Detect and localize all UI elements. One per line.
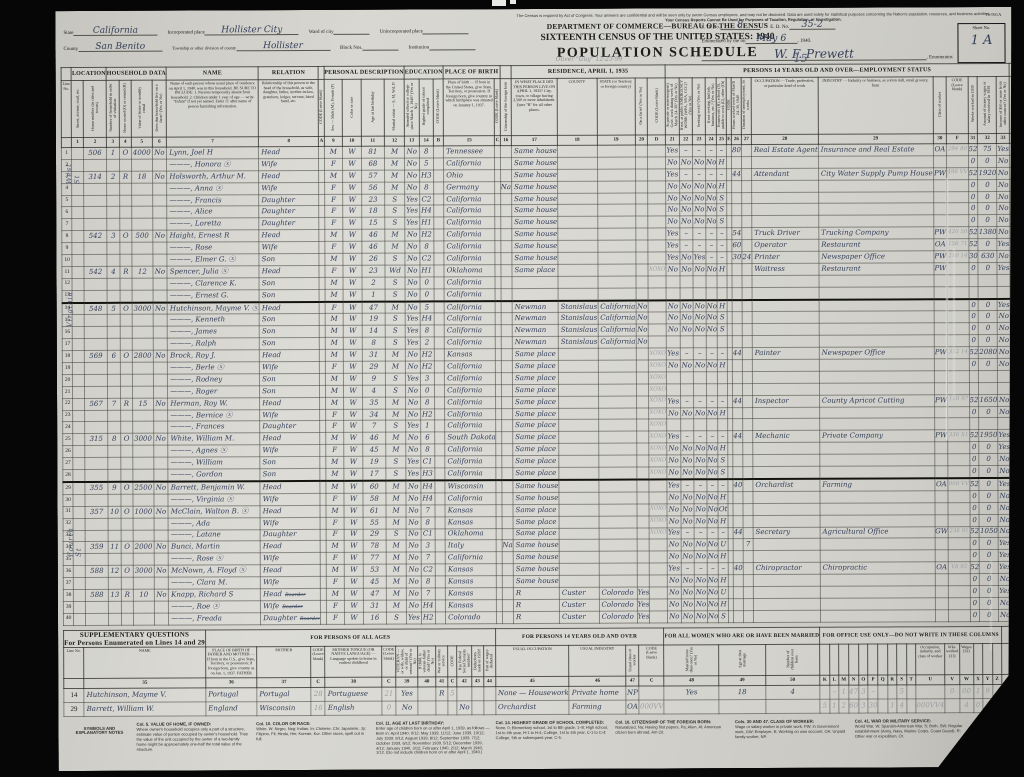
cell-value: 2000 (133, 542, 154, 554)
cell-W: 00 (960, 684, 974, 698)
cell-birth: California (445, 552, 496, 564)
column-desc: Number of children ever born (765, 644, 820, 675)
cell-occ (752, 383, 819, 395)
cell-grade: 8 (419, 182, 433, 194)
cell-e2: No (681, 599, 695, 611)
column-group: PERSONAL DESCRIPTION (324, 66, 405, 79)
cell-rcounty (559, 455, 599, 467)
cell-mar: M (386, 540, 406, 552)
column-number: 26 (731, 135, 741, 145)
cell-wage: 0 (979, 490, 998, 502)
cell-e1: No (667, 551, 681, 563)
cell-street (74, 566, 86, 578)
column-desc: CODE (Leave blank) (639, 645, 664, 676)
cell-cF (947, 299, 968, 311)
cell-occ (753, 419, 820, 431)
cell-oth (997, 274, 1010, 286)
cell-rstate (598, 360, 636, 372)
cell-rcity: Same place (512, 360, 558, 372)
cell-birth: California (444, 337, 495, 349)
cell-race: W (345, 576, 364, 588)
cell-grade: H3 (420, 468, 434, 480)
cell-e5: – (719, 563, 729, 575)
cell-dur: 7 (743, 539, 753, 551)
cell-dur (741, 156, 751, 168)
cell-hrs (732, 300, 742, 312)
cell-hh (107, 183, 120, 195)
cell-mar: M (385, 182, 405, 194)
cell-hrs (732, 204, 742, 216)
cell-e4: No (707, 407, 718, 419)
cell-hh (108, 446, 121, 458)
cell-e4: – (705, 145, 716, 157)
cell-occ (753, 503, 820, 515)
cell-rfarm: Yes (637, 611, 650, 623)
cell-K (820, 685, 830, 699)
cell-cF: 210 14 (947, 251, 968, 263)
cell-oth: Yes (999, 585, 1012, 597)
cell-rcounty (558, 372, 598, 384)
cell-street (73, 315, 85, 327)
cell-own: O (121, 482, 133, 494)
cell-sex: F (326, 576, 345, 588)
cell-rel: Head (259, 170, 319, 182)
cell-own (121, 613, 133, 625)
cell-sex: M (325, 385, 344, 397)
cell-rcounty (558, 193, 598, 205)
cell-house: 355 (85, 482, 108, 494)
cell-cF (948, 371, 969, 383)
cell-cit (501, 373, 512, 385)
cell-mar: M (386, 432, 406, 444)
cell-e3: No (694, 515, 707, 527)
cell-sex: M (324, 170, 343, 182)
cell-name: Lynn, Joel H (167, 147, 259, 159)
cell-grade: 8 (419, 146, 433, 158)
column-number: 47 (626, 676, 639, 686)
cell-e3: No (695, 587, 708, 599)
column-desc (906, 643, 916, 674)
cell-hh (109, 601, 122, 613)
cell-w1 (664, 699, 719, 713)
cell-dur (742, 348, 752, 360)
cell-e5: U (719, 587, 729, 599)
cell-cD: XOXO (649, 431, 667, 443)
cell-cF: 294 80 (947, 144, 968, 156)
cell-sch: Yes (405, 194, 419, 206)
footnote: Col. 14. HIGHEST GRADE OF SCHOOL COMPLET… (496, 720, 610, 755)
cell-ln: 10 (62, 255, 72, 267)
cell-birth: California (444, 158, 495, 170)
cell-ln: 37 (63, 578, 73, 590)
cell-e5: S (717, 204, 727, 216)
cell-e4: No (706, 300, 717, 312)
cell-hrs (732, 264, 742, 276)
cell-rel: Head (260, 481, 320, 494)
cell-lnR: 37 (1011, 573, 1021, 585)
cell-e5: H (717, 157, 727, 169)
cell-value (133, 518, 154, 530)
cell-dur (742, 216, 752, 228)
cell-sex: M (325, 326, 344, 338)
cell-wks: 0 (968, 155, 978, 167)
cell-lnR: 8 (1010, 227, 1020, 239)
cell-cF (948, 442, 969, 454)
cell-cB (434, 253, 444, 265)
cell-dur (742, 180, 752, 192)
cell-birth: California (444, 325, 495, 337)
cell-rfarm (635, 145, 648, 157)
cell-ind (819, 275, 934, 287)
cell-race: W (344, 373, 363, 385)
cell-rfarm (637, 516, 650, 528)
cell-oth: No (998, 454, 1011, 466)
cell-rel: Daughter (259, 218, 319, 230)
cell-race: W (345, 588, 364, 600)
cell-street (73, 446, 85, 458)
footnote: Col. 16. CITIZENSHIP OF THE FOREIGN BORN… (615, 720, 729, 755)
cell-value (132, 254, 153, 266)
cell-race: W (343, 301, 362, 313)
cell-name: ———, Clarence K. (167, 277, 259, 289)
cell-occ (753, 515, 820, 527)
cell-wks: 0 (969, 442, 979, 454)
cell-street (73, 410, 85, 422)
cell-rcity: Same house (512, 205, 558, 217)
cell-farm (153, 457, 168, 469)
cell-hrs (733, 515, 743, 527)
cell-rel: Wife (260, 361, 320, 373)
cell-rel: Head (259, 302, 319, 315)
cell-cD (650, 587, 668, 599)
cell-rel: Wife (259, 182, 319, 194)
cell-cls (935, 586, 949, 598)
cell-rel: Son (259, 277, 319, 289)
cell-e1: No (666, 360, 680, 372)
cell-e4 (706, 276, 717, 288)
cell-rstate: California (598, 324, 636, 336)
cell-sex: M (325, 289, 344, 301)
cell-rstate: Colorado (599, 587, 637, 599)
cell-mar: S (386, 612, 406, 624)
cell-street (74, 578, 86, 590)
census-sheet: The Census is required by Act of Congres… (55, 7, 1014, 771)
cell-name: ———, Gordon (168, 469, 260, 482)
cell-rfarm (635, 181, 648, 193)
cell-hh (107, 254, 120, 266)
cell-cit (502, 611, 513, 623)
cell-e1: No (666, 181, 680, 193)
cell-sex: F (324, 241, 343, 253)
cell-occ (753, 551, 820, 563)
column-number: 27 (741, 135, 751, 145)
cell-value (133, 577, 154, 589)
cell-e5: – (718, 395, 728, 407)
cell-occ (753, 443, 820, 455)
cell-farm (154, 613, 169, 625)
cell-e5: – (717, 240, 727, 252)
column-group: FOR PERSONS OF ALL AGES (205, 628, 495, 646)
cell-cD: XOXO (649, 467, 667, 479)
cell-cD (649, 324, 667, 336)
column-number: 12 (384, 136, 404, 146)
cell-ind (820, 586, 935, 598)
column-desc: INDUSTRY — Industry or business, as cott… (818, 77, 933, 134)
column-desc: At private or nonemergency Govt. work du… (665, 78, 679, 135)
cell-grade: H4 (420, 480, 434, 492)
cell-sch: No (406, 552, 420, 564)
cell-e1: No (666, 216, 680, 228)
cell-grade: 8 (420, 325, 434, 337)
cell-rcounty (558, 288, 598, 301)
cell-wage: 0 (978, 191, 997, 203)
cell-birth: Oklahoma (444, 265, 495, 277)
cell-dur (742, 168, 752, 180)
cell-v2 (418, 701, 436, 715)
cell-e5: H (717, 264, 727, 276)
cell-name: ———, Clara M. (169, 577, 261, 589)
cell-rfarm: No (636, 300, 649, 312)
cell-own: O (121, 565, 133, 577)
cell-name: ———, Alice (167, 206, 259, 218)
cell-lnR: 5 (1010, 191, 1020, 203)
cell-wks: 0 (969, 323, 979, 335)
cell-grade: 0 (420, 289, 434, 301)
cell-farm (153, 445, 168, 457)
cell-cit (500, 193, 511, 205)
cell-oth: No (997, 167, 1010, 179)
cell-sex: M (326, 541, 345, 553)
cell-own (120, 410, 132, 422)
cell-e1: Yes (666, 252, 680, 264)
cell-e4: – (707, 479, 718, 491)
cell-cls: GW (935, 526, 949, 538)
cell-birth: California (444, 241, 495, 253)
cell-rcounty: Stanislaus (558, 313, 598, 325)
column-desc: Home owned (O) or rented (R) (119, 80, 131, 137)
cell-N: 47 (849, 685, 859, 699)
cell-birth: Tennessee (444, 146, 495, 158)
cell-cB (435, 493, 445, 505)
cell-birth: California (445, 444, 496, 456)
cell-e3: No (693, 157, 706, 169)
cell-race: W (344, 541, 363, 553)
cell-own: R (120, 398, 132, 410)
cell-cB (435, 517, 445, 529)
cell-cit (501, 265, 512, 277)
cell-farm (152, 195, 167, 207)
cell-sex: F (326, 612, 345, 624)
cell-wks (969, 274, 979, 286)
cell-ind (820, 491, 935, 503)
column-number (61, 138, 71, 148)
cell-sex: F (326, 600, 345, 612)
cell-cB (433, 170, 443, 182)
cell-w1: Yes (664, 685, 719, 699)
cell-rcounty (559, 575, 599, 587)
cell-hh (107, 315, 120, 327)
cell-house (84, 386, 107, 398)
cell-ln: 26 (63, 446, 73, 458)
cell-race: W (343, 253, 362, 265)
cell-dur (742, 312, 752, 324)
cell-birth: California (444, 217, 495, 229)
cell-sex: M (325, 314, 344, 326)
cell-rel: Son (259, 314, 319, 326)
sheet-number-value: 1 A (958, 33, 1004, 48)
cell-wks: 0 (970, 597, 980, 609)
cell-ind: County Apricot Cutting (819, 394, 934, 406)
cell-lnR: 19 (1010, 358, 1020, 370)
cell-age: 47 (363, 588, 386, 600)
cell-grade: H2 (420, 349, 434, 361)
cell-sex: F (326, 493, 345, 505)
cell-e2: No (679, 252, 693, 264)
cell-e2 (680, 372, 694, 384)
cell-e5: U (718, 539, 728, 551)
cell-cit (502, 504, 513, 516)
cell-ind (820, 609, 935, 621)
cell-lnR: 35 (1011, 550, 1021, 562)
cell-own (120, 386, 132, 398)
cell-cD (650, 539, 668, 551)
cell-rstate (597, 216, 635, 228)
cell-own (120, 374, 132, 386)
column-desc: CODE (Leave blank) (946, 77, 967, 134)
cell-rel: Head (259, 230, 319, 242)
cell-rfarm (637, 467, 650, 479)
cell-wks: 0 (969, 335, 979, 347)
cell-e2: No (679, 192, 693, 204)
cell-cB (434, 373, 444, 385)
cell-oth: No (997, 323, 1010, 335)
cell-w3 (765, 699, 820, 713)
cell-value: 18 (132, 171, 153, 183)
cell-value: 1000 (133, 506, 154, 518)
cell-hh (108, 374, 121, 386)
cell-oth: No (999, 609, 1012, 621)
cell-wks: 0 (970, 550, 980, 562)
cell-hrs (733, 419, 743, 431)
cell-Y: 1 (983, 698, 993, 712)
cell-lnR: 32 (1011, 514, 1021, 526)
column-number: V (945, 674, 960, 684)
cell-hh: 12 (108, 565, 121, 577)
cell-birth: Kansas (444, 349, 495, 361)
cell-rcounty (559, 480, 599, 493)
cell-e5: H (717, 300, 727, 312)
cell-occ: Truck Driver (752, 227, 819, 239)
cell-dur (743, 467, 753, 479)
cell-dur (743, 491, 753, 503)
cell-dur (743, 610, 753, 622)
cell-lnR: 1 (1009, 143, 1019, 155)
cell-rcounty (559, 408, 599, 420)
cell-lnR: 17 (1010, 335, 1020, 347)
cell-age: 19 (362, 314, 385, 326)
cell-ind (820, 454, 935, 466)
cell-w2 (719, 699, 766, 713)
cell-name: ———, Berle ⓧ (168, 362, 260, 374)
column-group: FOR OFFICE USE ONLY—DO NOT WRITE IN THES… (820, 626, 1002, 644)
cell-lnR: 11 (1010, 262, 1020, 274)
cell-street (72, 303, 84, 315)
cell-age: 4 (362, 385, 385, 397)
cell-rcounty (559, 504, 599, 516)
cell-dur (743, 407, 753, 419)
cell-e1: No (667, 407, 681, 419)
cell-street (73, 339, 85, 351)
cell-rfarm (636, 408, 649, 420)
cell-rstate (598, 467, 636, 480)
cell-race: W (344, 421, 363, 433)
cell-race: W (344, 481, 363, 493)
cell-street (73, 351, 85, 363)
cell-farm: No (153, 266, 168, 278)
cell-name: Hutchinson, Mayme V. ⓧ (167, 302, 259, 315)
cell-hrs (732, 216, 742, 228)
cell-name: ———, Rodney (168, 374, 260, 386)
cell-rstate (598, 443, 636, 455)
cell-cD: XOXO (649, 419, 667, 431)
column-group: HOUSEHOLD DATA (106, 67, 166, 80)
cell-ln: 14 (64, 688, 84, 702)
cell-grade: 3 (421, 540, 435, 552)
cell-cit (501, 325, 512, 337)
cell-rel: Son (260, 468, 320, 481)
cell-e1 (666, 288, 680, 300)
cell-occ (753, 491, 820, 503)
cell-own (121, 554, 133, 566)
cell-rfarm (635, 228, 648, 240)
cell-house (84, 327, 107, 339)
cell-wks (969, 418, 979, 430)
cell-Q (878, 685, 887, 699)
cell-name: ———, Freada (169, 612, 261, 624)
cell-cls (934, 454, 948, 466)
cell-tongue: Portuguese (325, 687, 382, 701)
column-group (61, 68, 71, 81)
cell-U (916, 684, 945, 698)
cell-house: 588 (85, 566, 108, 578)
column-number (1002, 674, 1014, 684)
cell-cB (435, 612, 445, 624)
cell-rcounty (559, 432, 599, 444)
cell-rcity: Same house (512, 241, 558, 253)
cell-ind (820, 502, 935, 514)
column-desc: VETERAN — or wife, widow, or child of ve… (396, 646, 418, 677)
cell-race: W (344, 564, 363, 576)
cell-value: 12 (132, 266, 153, 278)
cell-rel: Wife (260, 409, 320, 421)
cell-v1: Yes (396, 687, 418, 701)
cell-dur (743, 551, 753, 563)
cell-value: 500 (132, 230, 153, 242)
cell-lnR: 10 (1010, 250, 1020, 262)
cell-cls (935, 502, 949, 514)
column-desc: Wks. worked (31) (945, 643, 960, 674)
cell-e3: – (693, 145, 706, 157)
cell-farm (154, 577, 169, 589)
cell-e4: No (706, 264, 717, 276)
cell-cB (434, 325, 444, 337)
cell-e1: Yes (667, 396, 681, 408)
column-number: 5 (131, 137, 152, 147)
cell-e5: – (718, 527, 728, 539)
cell-e5: H (717, 180, 727, 192)
cell-wks: 0 (969, 311, 979, 323)
cell-cF: 496 VV (947, 167, 968, 179)
